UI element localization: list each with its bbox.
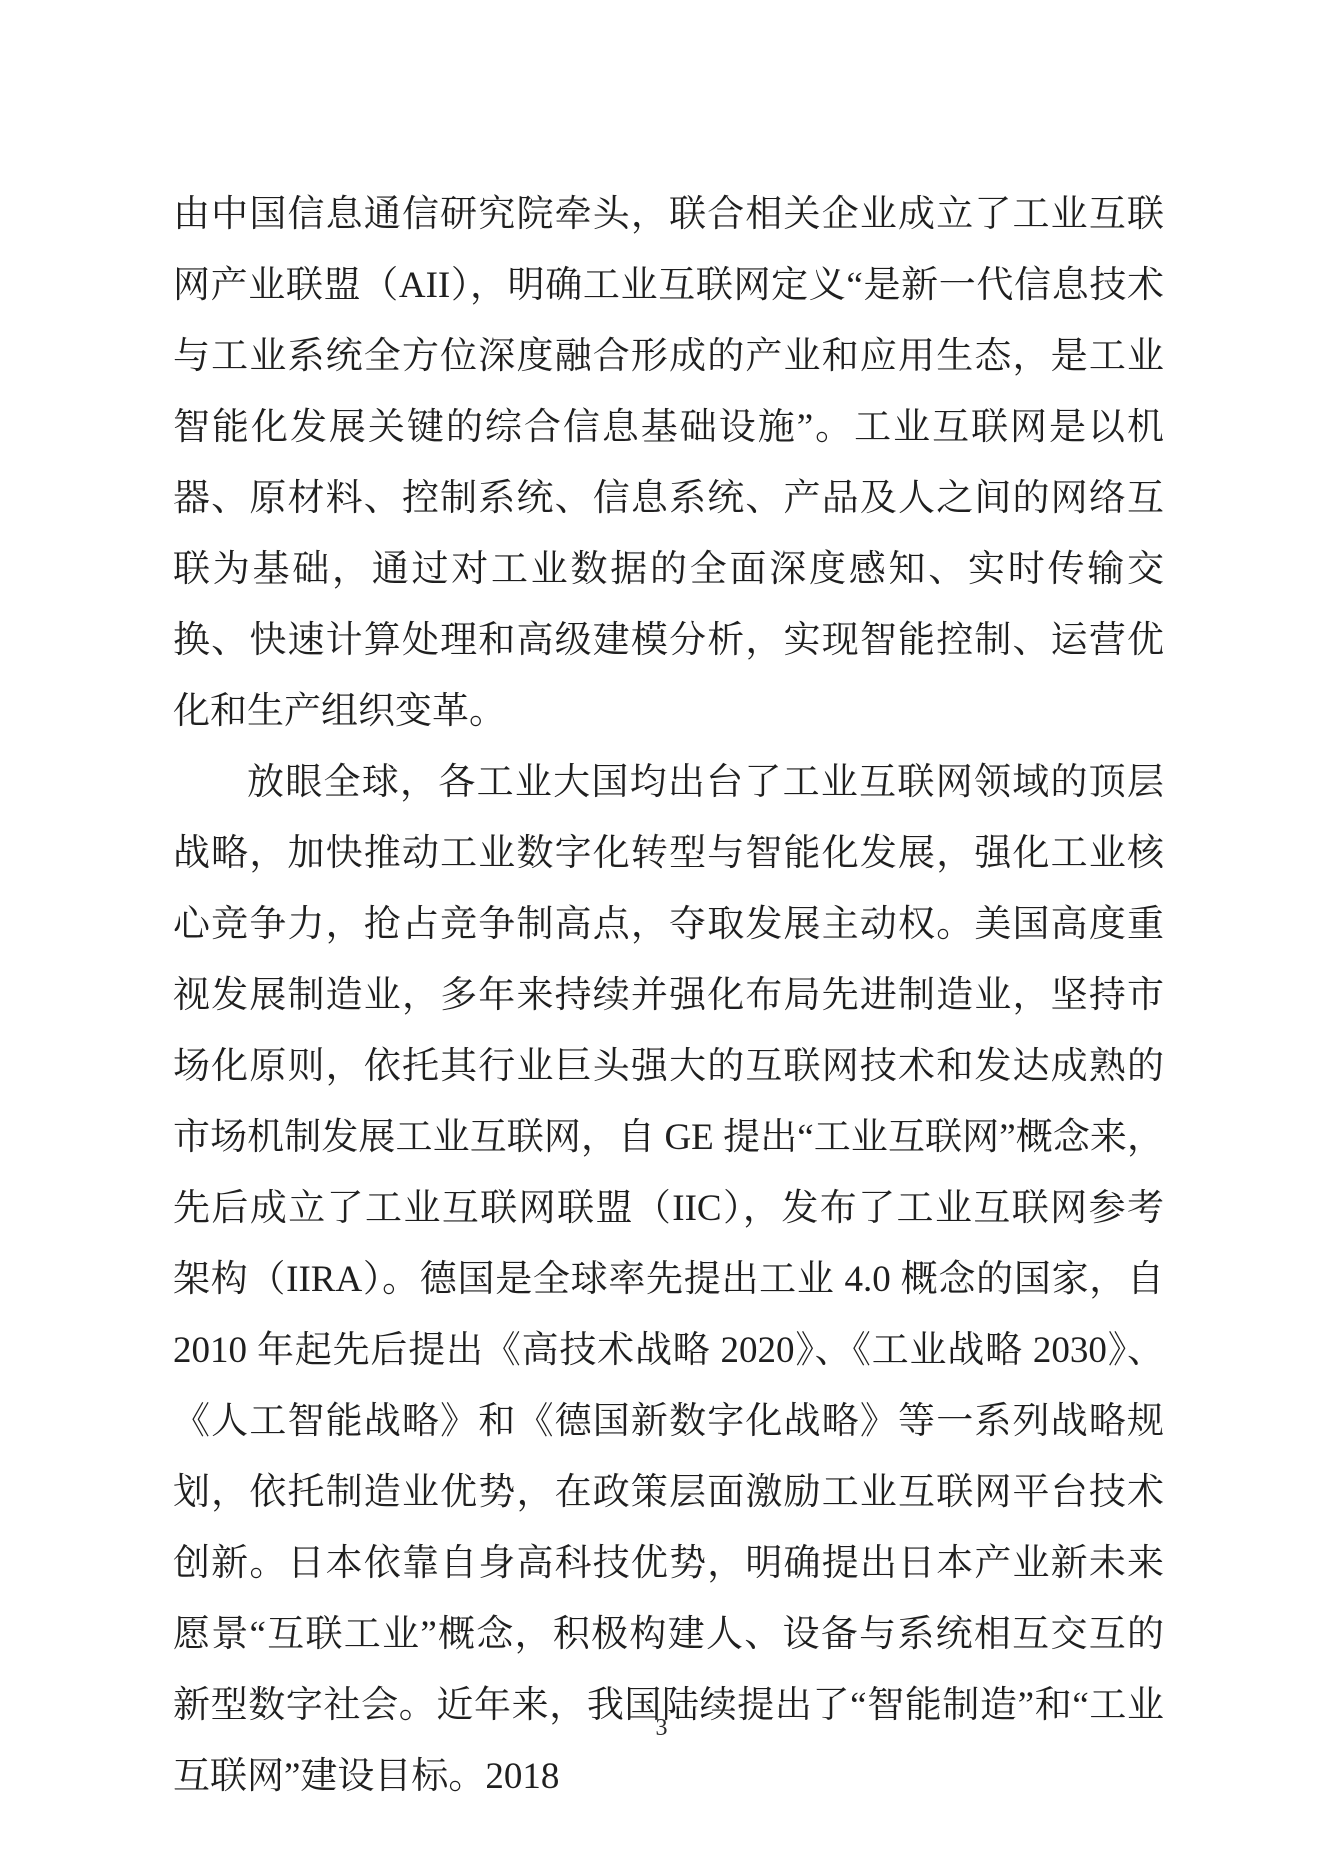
paragraph-global-overview: 放眼全球，各工业大国均出台了工业互联网领域的顶层战略，加快推动工业数字化转型与智… (173, 747, 1164, 1812)
paragraph-continuation: 由中国信息通信研究院牵头，联合相关企业成立了工业互联网产业联盟（AII），明确工… (173, 179, 1164, 747)
body-text-block: 由中国信息通信研究院牵头，联合相关企业成立了工业互联网产业联盟（AII），明确工… (173, 179, 1164, 1812)
document-page: 由中国信息通信研究院牵头，联合相关企业成立了工业互联网产业联盟（AII），明确工… (0, 0, 1323, 1871)
page-number: 3 (0, 1708, 1323, 1748)
